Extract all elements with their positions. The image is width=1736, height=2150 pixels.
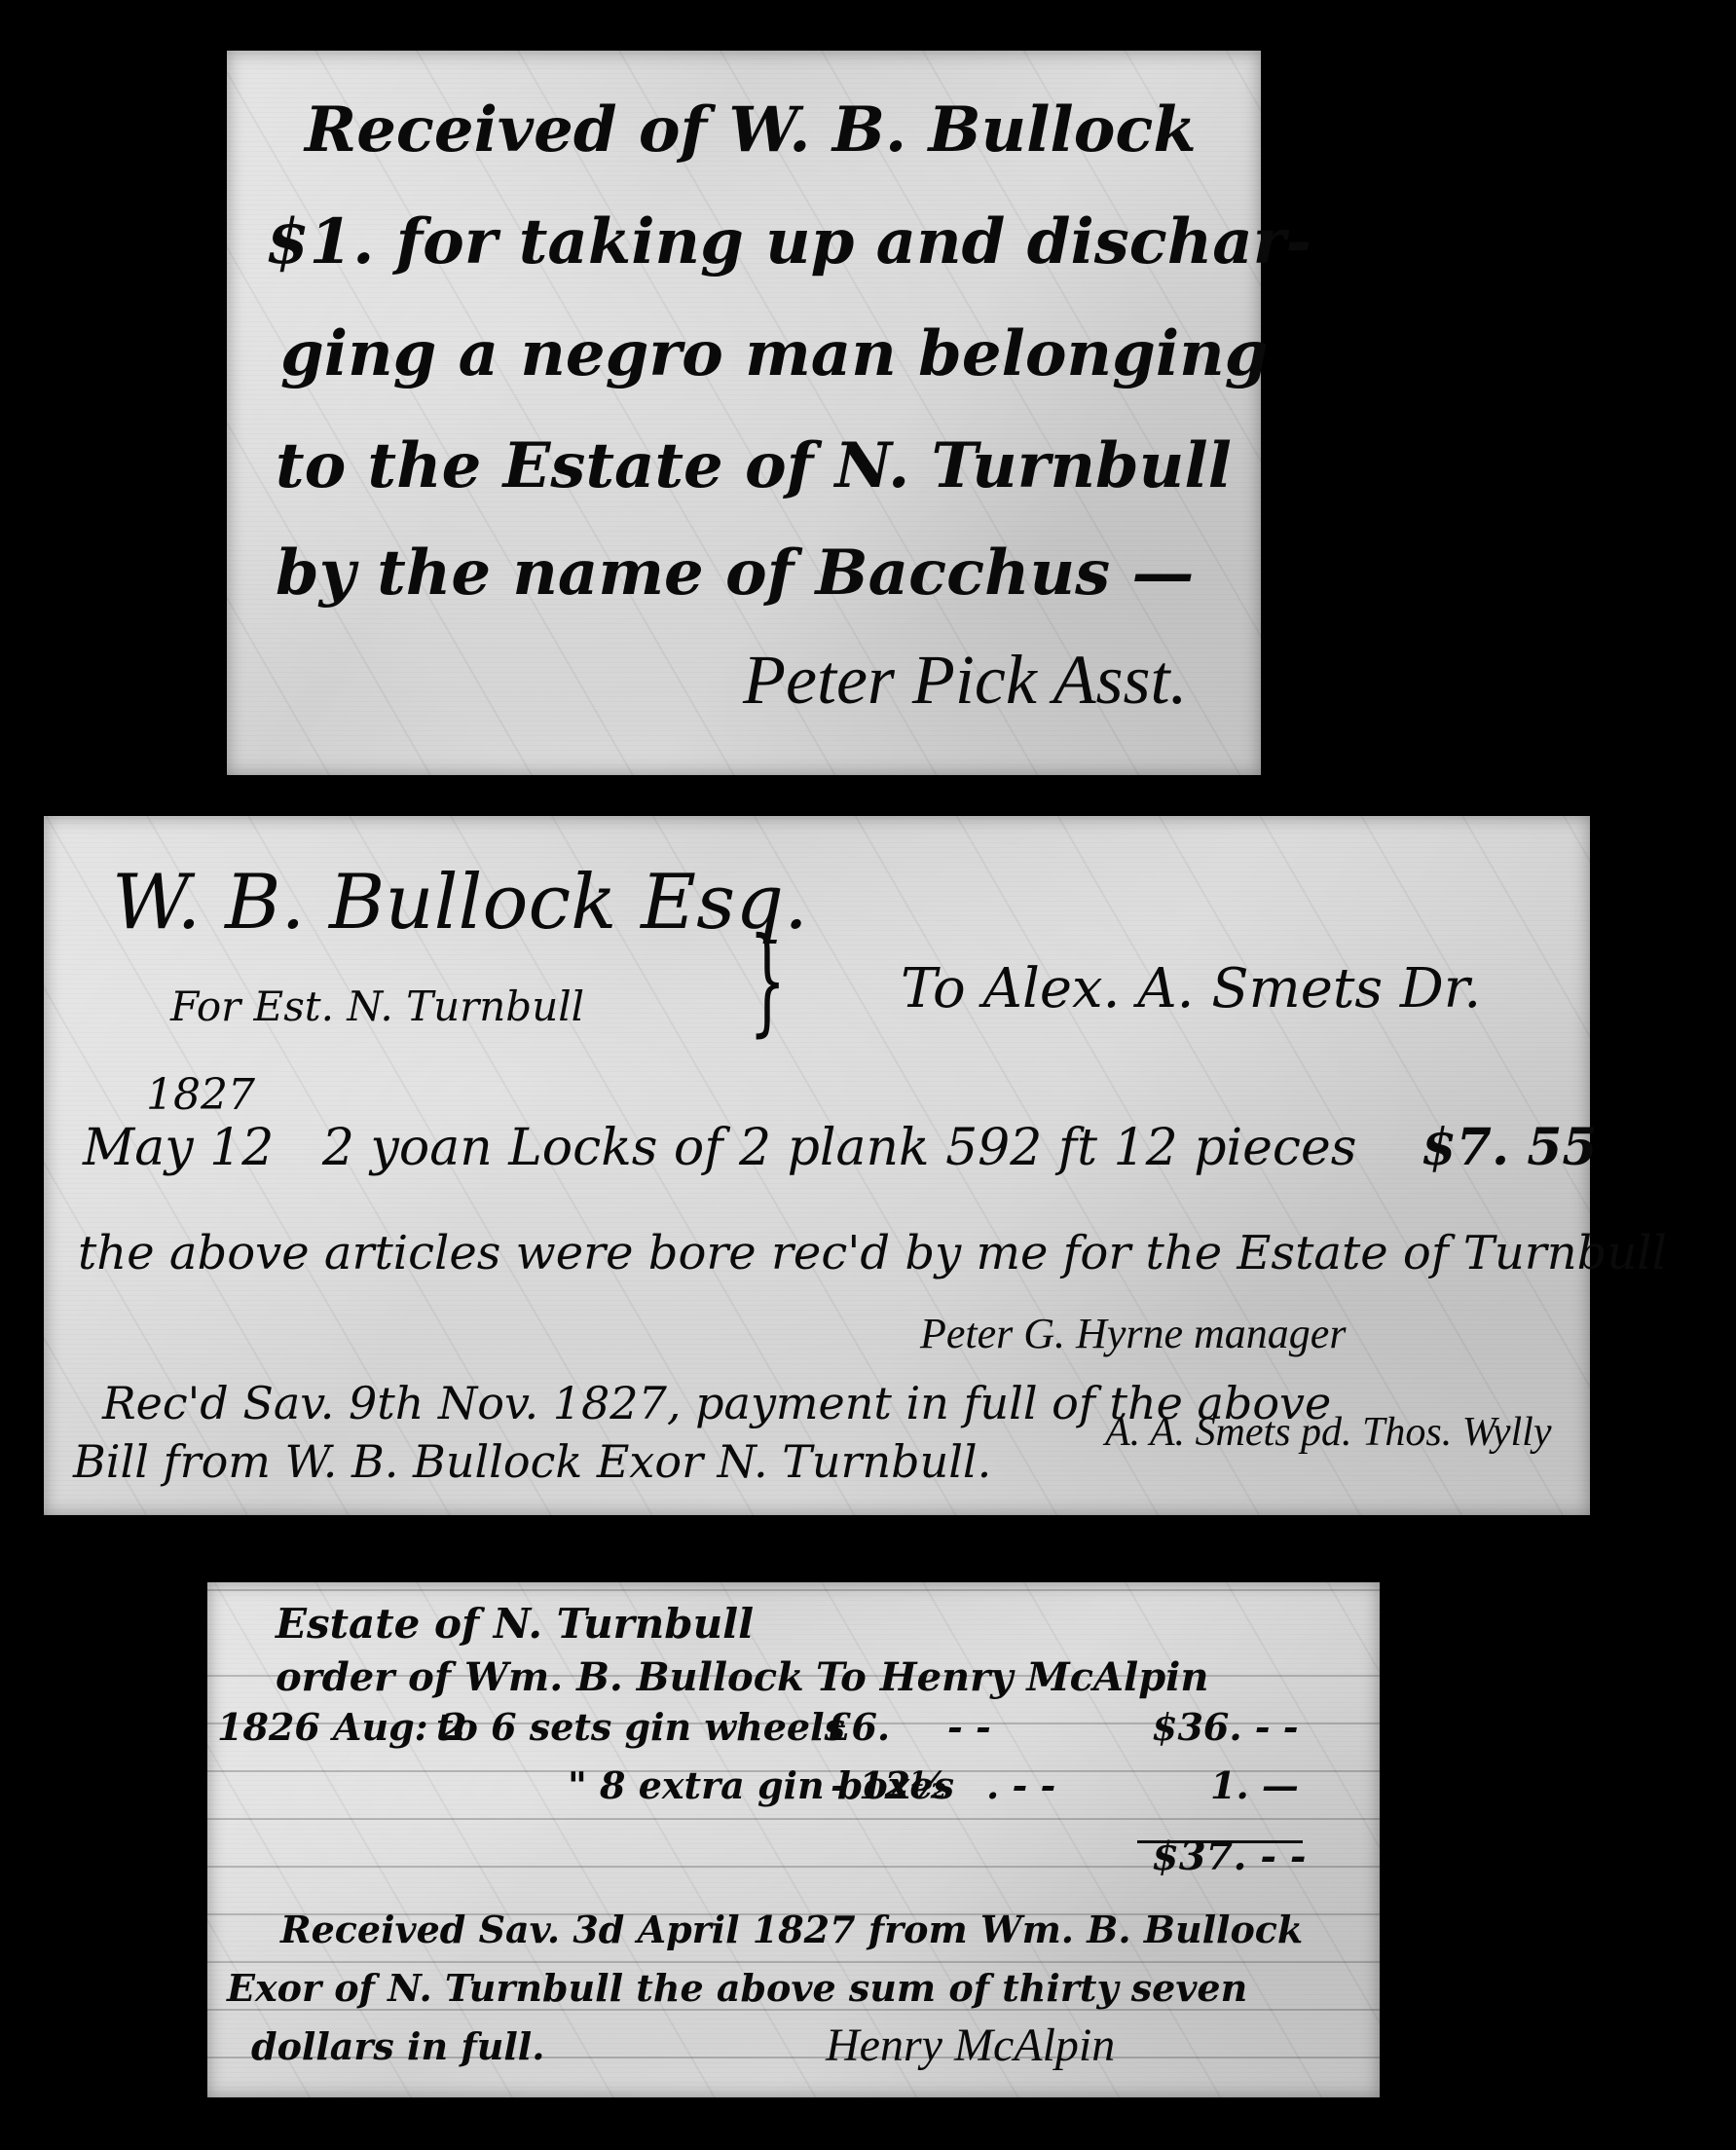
total-amount: $37. - - <box>1152 1837 1306 1876</box>
manager-signature: Peter G. Hyrne manager <box>920 1313 1346 1355</box>
receipt-line-1: Received Sav. 3d April 1827 from Wm. B. … <box>280 1911 1303 1948</box>
signature: Henry McAlpin <box>826 2022 1115 2069</box>
creditor-name: To Alex. A. Smets Dr. <box>901 962 1481 1017</box>
receipt-line-3: dollars in full. <box>251 2028 544 2065</box>
brace-flourish-icon: } <box>749 923 786 1040</box>
receipt-line-1: Received of W. B. Bullock <box>305 99 1197 162</box>
receipt-line-2: $1. for taking up and dischar- <box>266 211 1311 274</box>
row-dashes: . - - <box>986 1767 1055 1804</box>
row-amount: $36. - - <box>1152 1709 1299 1746</box>
signature: Peter Pick Asst. <box>743 645 1188 715</box>
receipt-line-4: to the Estate of N. Turnbull <box>276 435 1232 498</box>
row-dashes: - - <box>947 1709 991 1746</box>
entry-date: May 12 <box>83 1119 274 1177</box>
receipt-line-3: ging a negro man belonging <box>280 323 1268 386</box>
entry-year: 1827 <box>146 1074 255 1117</box>
row-rate: - 12½ <box>831 1767 949 1804</box>
bill-document-smets: W. B. Bullock Esq. } For Est. N. Turnbul… <box>44 816 1590 1515</box>
header-estate: Estate of N. Turnbull <box>276 1604 754 1645</box>
header-payee: To Henry McAlpin <box>816 1658 1208 1697</box>
bill-document-mcalpin: Estate of N. Turnbull order of Wm. B. Bu… <box>207 1582 1380 2097</box>
entry-description: 2 yoan Locks of 2 plank 592 ft 12 pieces <box>322 1119 1357 1177</box>
header-order: order of Wm. B. Bullock <box>276 1658 804 1697</box>
row-description: to 6 sets gin wheels <box>436 1709 845 1746</box>
entry-amount: $7. 55 <box>1422 1118 1598 1177</box>
bill-entry: May 12 2 yoan Locks of 2 plank 592 ft 12… <box>83 1123 1598 1173</box>
for-estate-line: For Est. N. Turnbull <box>170 986 584 1027</box>
receipt-line-2: Exor of N. Turnbull the above sum of thi… <box>227 1970 1247 2007</box>
row-amount: 1. — <box>1210 1767 1299 1804</box>
row-rate: £6. <box>826 1709 890 1746</box>
payment-line-2: Bill from W. B. Bullock Exor N. Turnbull… <box>73 1439 991 1484</box>
receipt-line-5: by the name of Bacchus — <box>276 542 1194 605</box>
addressee: W. B. Bullock Esq. <box>112 865 808 941</box>
row-year-date: 1826 Aug: 2 <box>217 1709 466 1746</box>
receipt-document-bacchus: Received of W. B. Bullock $1. for taking… <box>227 51 1261 775</box>
signature: A. A. Smets pd. Thos. Wylly <box>1105 1412 1552 1453</box>
received-note: the above articles were bore rec'd by me… <box>78 1230 1667 1277</box>
